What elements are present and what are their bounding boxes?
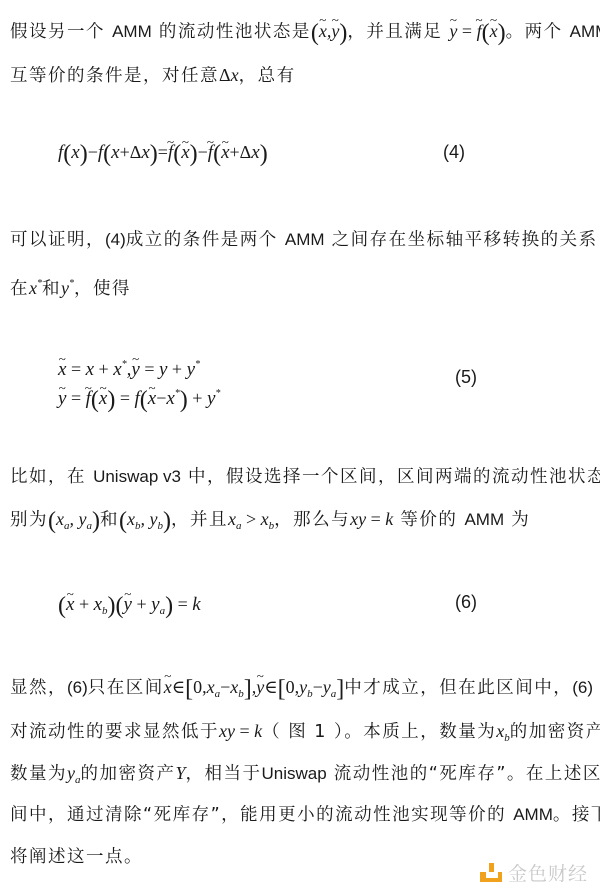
- math-asset-y: Y: [176, 763, 186, 783]
- equation-6: (x + xb)(y + ya) = k: [58, 592, 201, 623]
- equation-5-line1: x = x + x*,y = y + y*: [58, 353, 200, 382]
- text: 互等价的条件是，对任意: [10, 66, 219, 86]
- text: （ 图 1 ）。本质上，数量为: [262, 722, 496, 742]
- text: 显然，: [10, 678, 67, 698]
- paragraph1-line2: 互等价的条件是，对任意Δx，总有: [10, 64, 296, 87]
- text-uniswap: Uniswap: [262, 764, 327, 783]
- math-x-star: x*: [29, 278, 42, 298]
- math-xy-k: xy = k: [350, 509, 393, 529]
- text: 可以证明，: [10, 230, 105, 250]
- text: 的加密资产: [81, 764, 176, 784]
- paragraph3-line2: 别为(xa, ya)和(xb, yb)，并且xa > xb，那么与xy = k …: [10, 508, 530, 537]
- math-y-a: ya: [67, 763, 81, 783]
- text-amm: AMM: [112, 22, 152, 41]
- text: 中才成立，但在此区间中，: [344, 678, 572, 698]
- text: 假设另一个: [10, 22, 105, 42]
- math-y-star: y*: [61, 278, 74, 298]
- text-amm: AMM: [513, 805, 553, 824]
- text: 。接下来: [553, 805, 600, 825]
- text: 和: [100, 510, 119, 530]
- text: ，使得: [74, 279, 131, 299]
- paragraph4-line3: 数量为ya的加密资产Y，相当于Uniswap 流动性池的“死库存”。在上述区: [10, 762, 600, 791]
- text: ，并且: [171, 510, 228, 530]
- paragraph4-line5: 将阐述这一点。: [10, 846, 143, 868]
- text: 只在区间: [88, 678, 164, 698]
- text: 比如，在: [10, 467, 86, 487]
- text: 数量为: [10, 764, 67, 784]
- text: 对流动性的要求显然低于: [10, 722, 219, 742]
- text: 在: [10, 279, 29, 299]
- text: 等价的: [400, 510, 457, 530]
- paragraph3-line1: 比如，在 Uniswap v3 中，假设选择一个区间，区间两端的流动性池状态分: [10, 466, 600, 488]
- text: 的流动性池状态是: [159, 22, 311, 42]
- paragraph2-line2: 在x*和y*，使得: [10, 273, 131, 300]
- text: ，并且满足: [347, 22, 442, 42]
- watermark-logo: 金色财经: [480, 858, 595, 886]
- text-amm: AMM: [464, 510, 504, 529]
- text: 和: [42, 279, 61, 299]
- text: ，总有: [239, 66, 296, 86]
- text: 为: [511, 510, 530, 530]
- text: 之间存在坐标轴平移转换的关系：存: [332, 230, 600, 250]
- math-x-b: xb: [496, 721, 510, 741]
- math-state-tuple: (x,y): [311, 21, 348, 41]
- text: 流动性池的“死库存”。在上述区: [334, 764, 600, 784]
- text: 。两个: [506, 22, 563, 42]
- math-inequality: xa > xb: [228, 509, 274, 529]
- equation-ref: (6): [572, 678, 593, 697]
- math-interval: x∈[0,xa−xb],y∈[0,yb−ya]: [164, 677, 344, 697]
- text: 间中，通过清除“死库存”，能用更小的流动性池实现等价的: [10, 805, 506, 825]
- equation-4: f(x)−f(x+Δx)=f(x)−f(x+Δx): [58, 140, 268, 166]
- math-delta-x: Δx: [219, 65, 239, 85]
- text: 成立的条件是两个: [126, 230, 278, 250]
- text: 将阐述这一点。: [10, 847, 143, 867]
- paragraph2-line1: 可以证明，(4)成立的条件是两个 AMM 之间存在坐标轴平移转换的关系：存: [10, 229, 600, 251]
- jinse-logo-icon: [480, 861, 502, 883]
- equation-ref: (6): [67, 678, 88, 697]
- watermark-text: 金色财经: [508, 859, 588, 886]
- text-uniswap: Uniswap v3: [93, 467, 181, 486]
- math-state-a: (xa, ya): [48, 509, 100, 529]
- paragraph4-line1: 显然，(6)只在区间x∈[0,xa−xb],y∈[0,yb−ya]中才成立，但在…: [10, 676, 593, 705]
- math-condition: y = f(x): [449, 21, 505, 41]
- text: ，那么与: [274, 510, 350, 530]
- text: 别为: [10, 510, 48, 530]
- equation-4-label: (4): [443, 142, 465, 163]
- math-xy-k: xy = k: [219, 721, 262, 741]
- equation-ref: (4): [105, 230, 126, 249]
- text: 的加密资产: [510, 722, 600, 742]
- equation-5-label: (5): [455, 367, 477, 388]
- text: ，相当于: [186, 764, 262, 784]
- math-state-b: (xb, yb): [119, 509, 171, 529]
- text: 中，假设选择一个区间，区间两端的流动性池状态分: [188, 467, 600, 487]
- text-amm: AMM: [570, 22, 600, 41]
- equation-5-line2: y = f(x) = f(x−x*) + y*: [58, 382, 220, 412]
- paragraph4-line4: 间中，通过清除“死库存”，能用更小的流动性池实现等价的 AMM。接下来: [10, 804, 600, 826]
- equation-6-label: (6): [455, 592, 477, 613]
- paragraph1-line1: 假设另一个 AMM 的流动性池状态是(x,y)，并且满足 y = f(x)。两个…: [10, 20, 600, 44]
- text-amm: AMM: [285, 230, 325, 249]
- paragraph4-line2: 对流动性的要求显然低于xy = k（ 图 1 ）。本质上，数量为xb的加密资产X…: [10, 720, 600, 749]
